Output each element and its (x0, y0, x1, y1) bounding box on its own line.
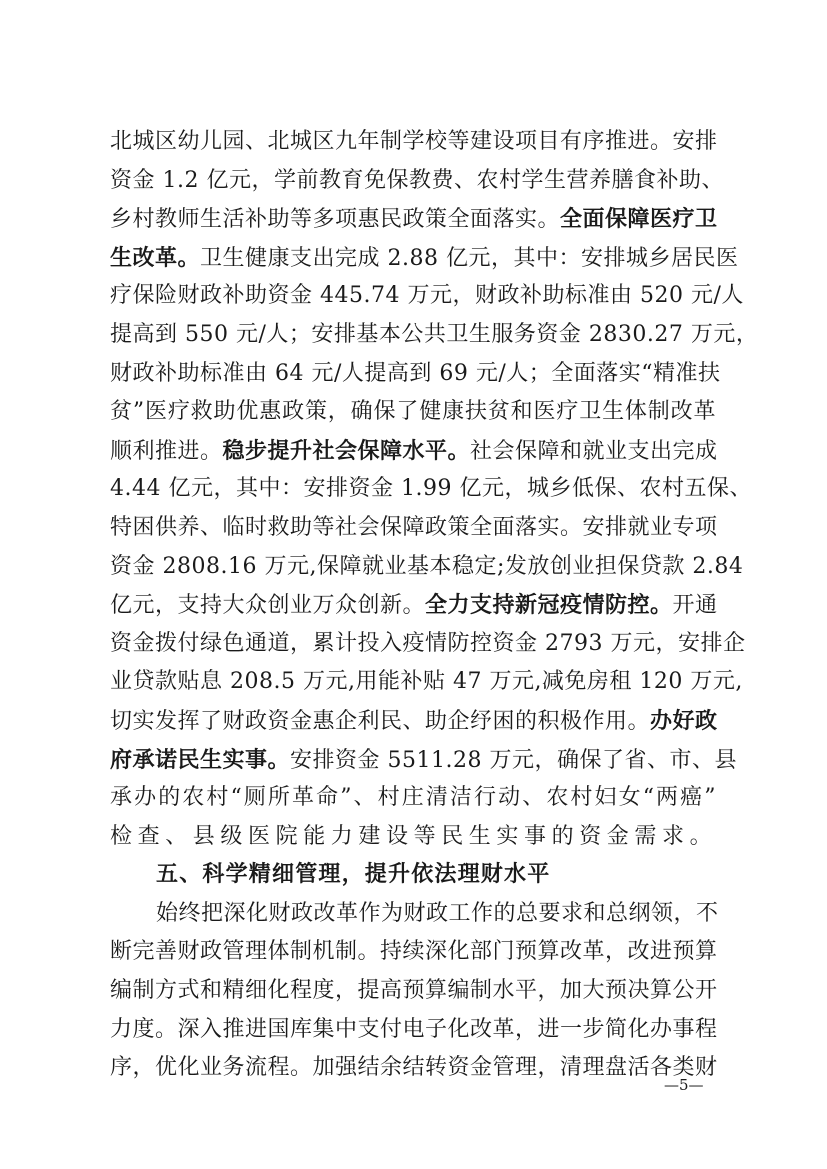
text-line: 财政补助标准由 64 元/人提高到 69 元/人；全面落实“精准扶 (110, 355, 716, 394)
line-text: 乡村教师生活补助等多项惠民政策全面落实。 (110, 207, 560, 232)
text-line: 疗保险财政补助资金 445.74 万元，财政补助标准由 520 元/人 (110, 277, 716, 316)
bold-subheading: 生改革。 (110, 245, 200, 271)
text-line: 资金拨付绿色通道，累计投入疫情防控资金 2793 万元，安排企 (110, 625, 716, 664)
bold-subheading: 办好政 (650, 708, 718, 734)
line-text: 开通 (673, 593, 718, 618)
line-text: 社会保障和就业支出完成 (470, 439, 718, 464)
bold-subheading: 全力支持新冠疫情防控。 (425, 592, 673, 618)
line-text: 顺利推进。 (110, 439, 223, 464)
bold-subheading: 府承诺民生实事。 (110, 747, 290, 773)
bold-subheading: 稳步提升社会保障水平。 (223, 438, 471, 464)
section-heading: 五、科学精细管理，提升依法理财水平 (110, 856, 716, 895)
text-line: 断完善财政管理体制机制。持续深化部门预算改革，改进预算 (110, 933, 716, 972)
text-line: 序，优化业务流程。加强结余结转资金管理，清理盘活各类财 (110, 1049, 716, 1088)
line-text: 安排资金 5511.28 万元，确保了省、市、县 (290, 748, 737, 773)
text-line: 承办的农村“厕所革命”、村庄清洁行动、农村妇女“两癌” (110, 779, 716, 818)
text-line: 检查、县级医院能力建设等民生实事的资金需求。 (110, 818, 716, 857)
text-line: 资金 1.2 亿元，学前教育免保教费、农村学生营养膳食补助、 (110, 162, 716, 201)
text-line: 顺利推进。稳步提升社会保障水平。社会保障和就业支出完成 (110, 432, 716, 471)
text-line: 始终把深化财政改革作为财政工作的总要求和总纲领，不 (110, 895, 716, 934)
line-text: 亿元，支持大众创业万众创新。 (110, 593, 425, 618)
text-line: 4.44 亿元，其中：安排资金 1.99 亿元，城乡低保、农村五保、 (110, 470, 716, 509)
line-text: 切实发挥了财政资金惠企利民、助企纾困的积极作用。 (110, 709, 650, 734)
text-line: 切实发挥了财政资金惠企利民、助企纾困的积极作用。办好政 (110, 702, 716, 741)
text-line: 业贷款贴息 208.5 万元,用能补贴 47 万元,减免房租 120 万元, (110, 663, 716, 702)
text-line: 生改革。卫生健康支出完成 2.88 亿元，其中：安排城乡居民医 (110, 239, 716, 278)
line-text: 卫生健康支出完成 2.88 亿元，其中：安排城乡居民医 (200, 246, 738, 271)
document-page: 北城区幼儿园、北城区九年制学校等建设项目有序推进。安排 资金 1.2 亿元，学前… (110, 123, 716, 1088)
text-line: 府承诺民生实事。安排资金 5511.28 万元，确保了省、市、县 (110, 741, 716, 780)
page-number: —5— (664, 1076, 704, 1094)
text-line: 力度。深入推进国库集中支付电子化改革，进一步简化办事程 (110, 1011, 716, 1050)
text-line: 特困供养、临时救助等社会保障政策全面落实。安排就业专项 (110, 509, 716, 548)
text-line: 北城区幼儿园、北城区九年制学校等建设项目有序推进。安排 (110, 123, 716, 162)
text-line: 亿元，支持大众创业万众创新。全力支持新冠疫情防控。开通 (110, 586, 716, 625)
bold-subheading: 全面保障医疗卫 (560, 206, 718, 232)
text-line: 资金 2808.16 万元,保障就业基本稳定;发放创业担保贷款 2.84 (110, 548, 716, 587)
text-line: 提高到 550 元/人；安排基本公共卫生服务资金 2830.27 万元， (110, 316, 716, 355)
text-line: 乡村教师生活补助等多项惠民政策全面落实。全面保障医疗卫 (110, 200, 716, 239)
text-line: 编制方式和精细化程度，提高预算编制水平，加大预决算公开 (110, 972, 716, 1011)
text-line: 贫”医疗救助优惠政策，确保了健康扶贫和医疗卫生体制改革 (110, 393, 716, 432)
